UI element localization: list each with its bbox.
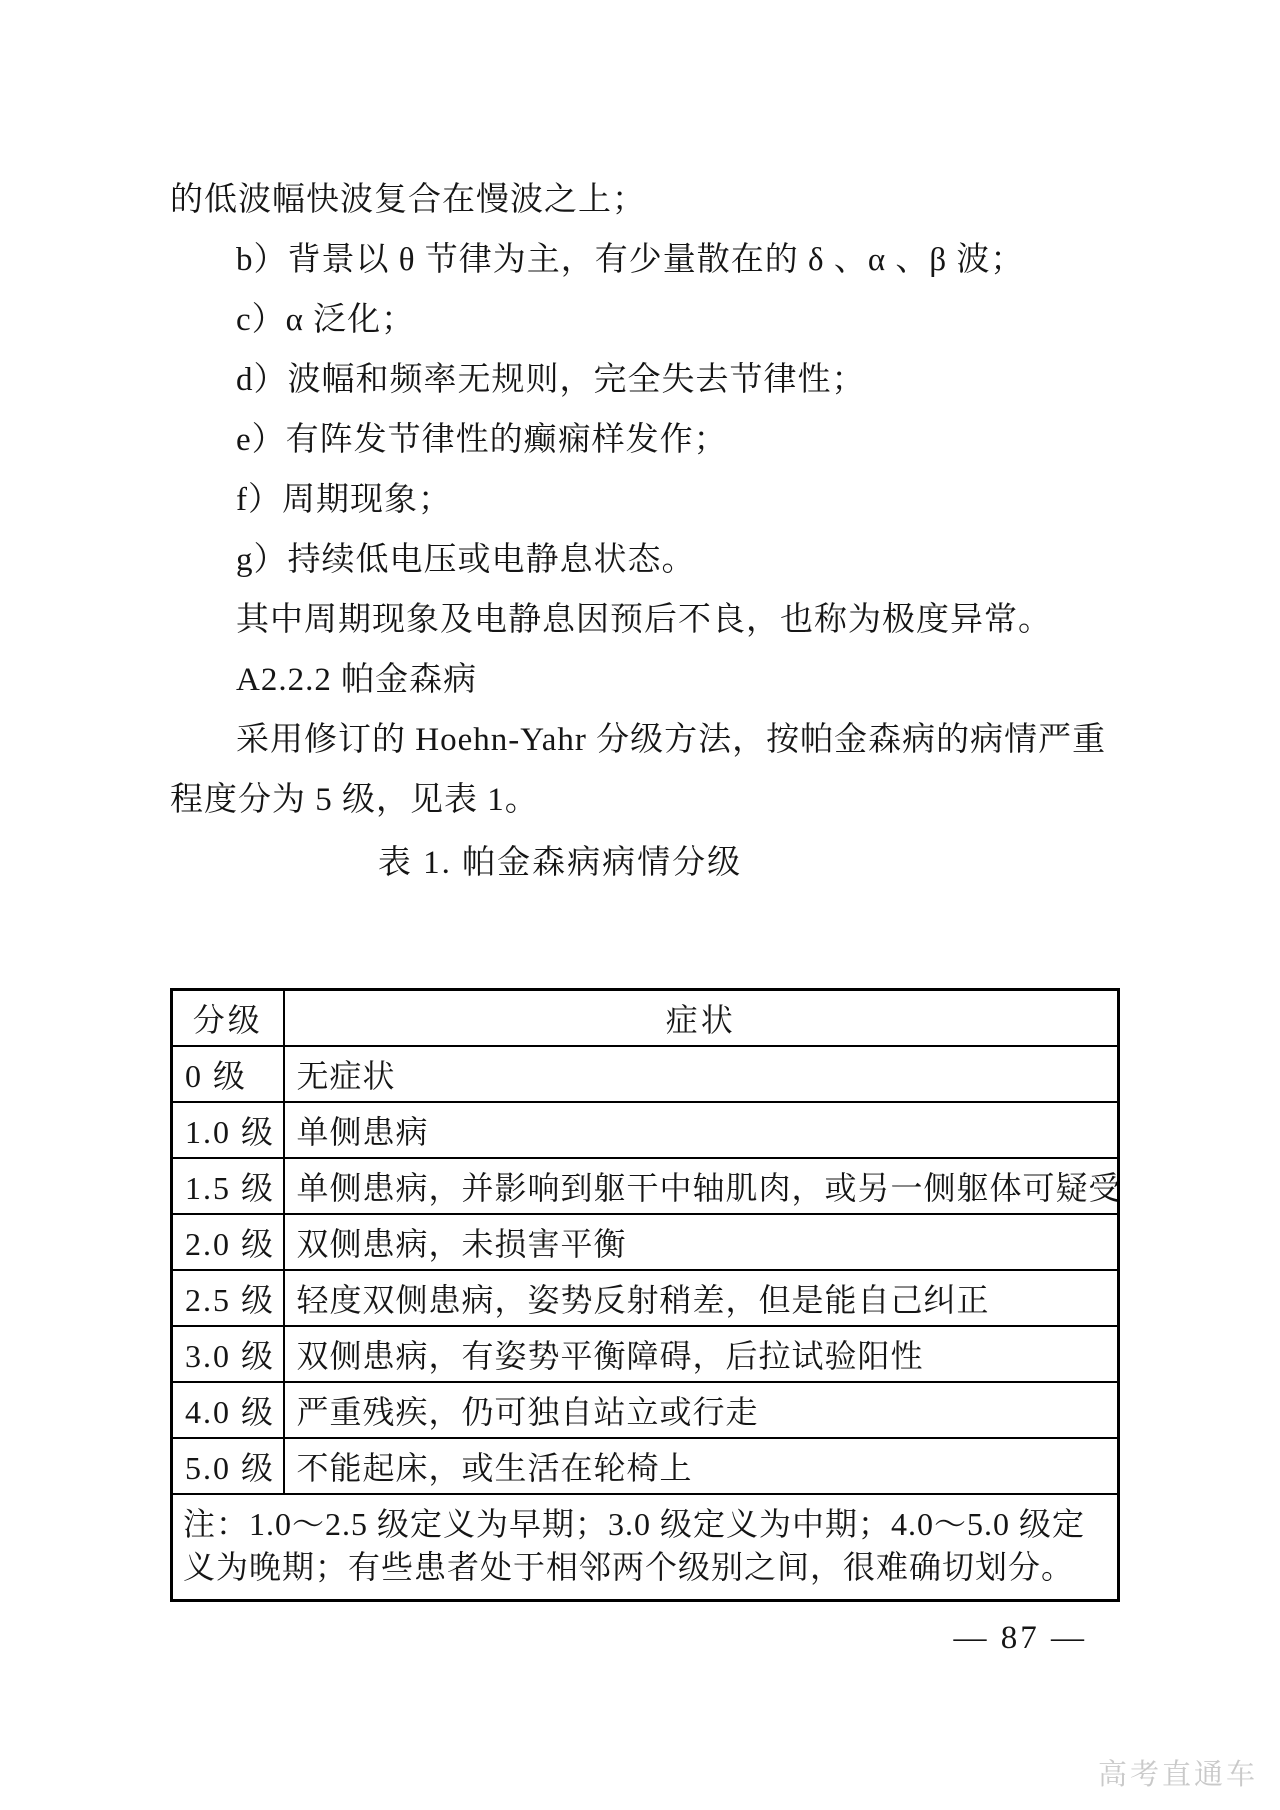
symptom-cell: 严重残疾，仍可独自站立或行走 — [284, 1382, 1119, 1438]
table-row: 0 级 无症状 — [172, 1046, 1119, 1102]
body-line: 程度分为 5 级，见表 1。 — [170, 770, 1120, 830]
parkinson-grading-table: 分级 症状 0 级 无症状 1.0 级 单侧患病 1.5 级 单侧患病，并影响到… — [170, 988, 1120, 1602]
symptom-cell: 双侧患病，有姿势平衡障碍，后拉试验阳性 — [284, 1326, 1119, 1382]
grade-cell: 1.5 级 — [172, 1158, 284, 1214]
table-note: 注：1.0～2.5 级定义为早期；3.0 级定义为中期；4.0～5.0 级定义为… — [172, 1494, 1119, 1601]
grade-cell: 2.0 级 — [172, 1214, 284, 1270]
list-item-d: d）波幅和频率无规则，完全失去节律性； — [170, 350, 1120, 410]
table-row: 2.5 级 轻度双侧患病，姿势反射稍差，但是能自己纠正 — [172, 1270, 1119, 1326]
table-row: 1.0 级 单侧患病 — [172, 1102, 1119, 1158]
document-body: 的低波幅快波复合在慢波之上； b）背景以 θ 节律为主，有少量散在的 δ 、α … — [170, 170, 1120, 1602]
symptom-cell: 轻度双侧患病，姿势反射稍差，但是能自己纠正 — [284, 1270, 1119, 1326]
grade-cell: 0 级 — [172, 1046, 284, 1102]
list-item-b: b）背景以 θ 节律为主，有少量散在的 δ 、α 、β 波； — [170, 230, 1120, 290]
grade-cell: 3.0 级 — [172, 1326, 284, 1382]
grade-cell: 5.0 级 — [172, 1438, 284, 1494]
grade-cell: 4.0 级 — [172, 1382, 284, 1438]
grade-cell: 1.0 级 — [172, 1102, 284, 1158]
table-header-row: 分级 症状 — [172, 990, 1119, 1046]
symptom-cell: 单侧患病 — [284, 1102, 1119, 1158]
column-header-symptom: 症状 — [284, 990, 1119, 1046]
table-note-row: 注：1.0～2.5 级定义为早期；3.0 级定义为中期；4.0～5.0 级定义为… — [172, 1494, 1119, 1601]
list-item-f: f）周期现象； — [170, 470, 1120, 530]
list-item-e: e）有阵发节律性的癫痫样发作； — [170, 410, 1120, 470]
symptom-cell: 不能起床，或生活在轮椅上 — [284, 1438, 1119, 1494]
table-caption: 表 1. 帕金森病病情分级 — [170, 836, 950, 891]
section-heading-a222: A2.2.2 帕金森病 — [170, 650, 1120, 710]
watermark-text: 高考直通车 — [1098, 1752, 1258, 1793]
body-line: 其中周期现象及电静息因预后不良，也称为极度异常。 — [170, 590, 1120, 650]
list-item-c: c）α 泛化； — [170, 290, 1120, 350]
symptom-cell: 双侧患病，未损害平衡 — [284, 1214, 1119, 1270]
column-header-grade: 分级 — [172, 990, 284, 1046]
table-row: 1.5 级 单侧患病，并影响到躯干中轴肌肉，或另一侧躯体可疑受累 — [172, 1158, 1119, 1214]
table-row: 3.0 级 双侧患病，有姿势平衡障碍，后拉试验阳性 — [172, 1326, 1119, 1382]
table-row: 4.0 级 严重残疾，仍可独自站立或行走 — [172, 1382, 1119, 1438]
list-item-g: g）持续低电压或电静息状态。 — [170, 530, 1120, 590]
symptom-cell: 单侧患病，并影响到躯干中轴肌肉，或另一侧躯体可疑受累 — [284, 1158, 1119, 1214]
table-row: 2.0 级 双侧患病，未损害平衡 — [172, 1214, 1119, 1270]
body-line: 采用修订的 Hoehn-Yahr 分级方法，按帕金森病的病情严重 — [170, 710, 1120, 770]
symptom-cell: 无症状 — [284, 1046, 1119, 1102]
body-line: 的低波幅快波复合在慢波之上； — [170, 170, 1120, 230]
grade-cell: 2.5 级 — [172, 1270, 284, 1326]
table-row: 5.0 级 不能起床，或生活在轮椅上 — [172, 1438, 1119, 1494]
page-number: — 87 — — [170, 1620, 1087, 1657]
